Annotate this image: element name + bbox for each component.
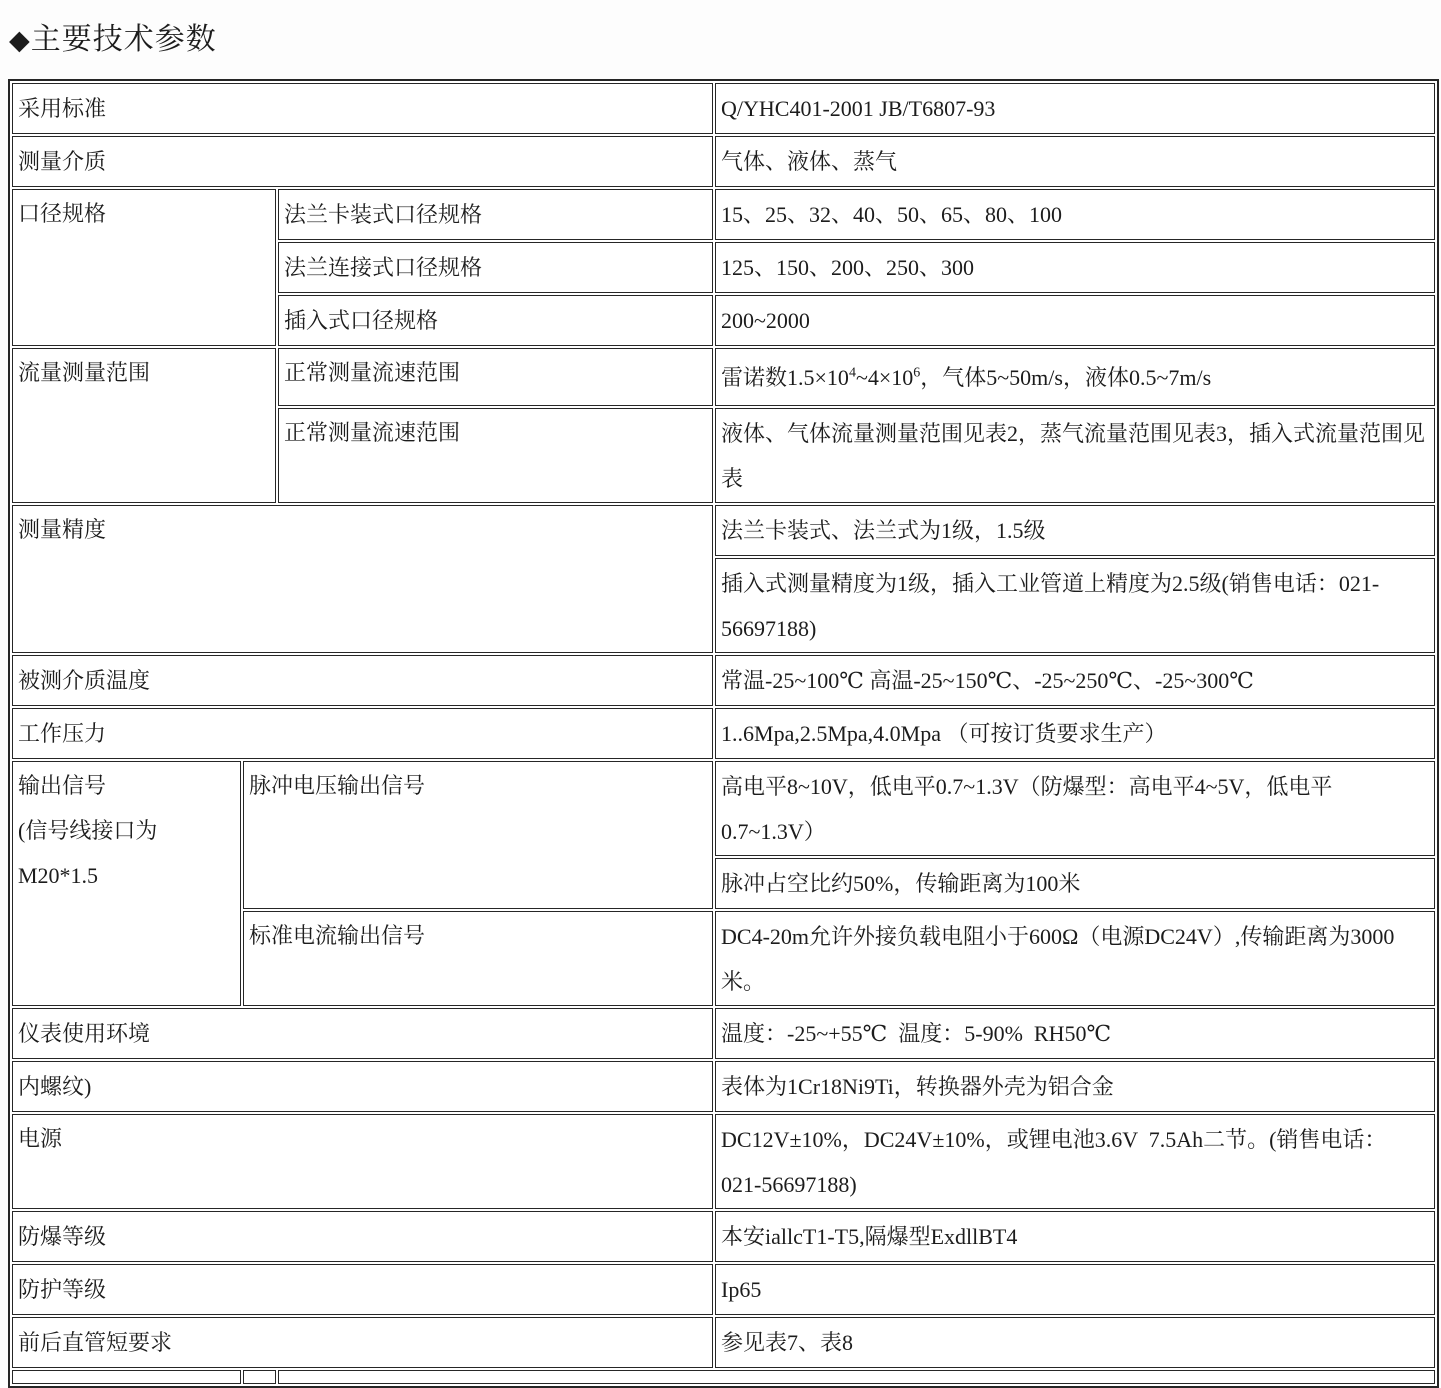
row-label-working-pressure: 工作压力 xyxy=(12,708,713,759)
table-row: 工作压力 1..6Mpa,2.5Mpa,4.0Mpa （可按订货要求生产） xyxy=(12,708,1435,759)
row-label-medium-temp: 被测介质温度 xyxy=(12,655,713,706)
row-value-pulse-output-1: 脉冲占空比约50%，传输距离为100米 xyxy=(715,858,1435,909)
row-value-standard: Q/YHC401-2001 JB/T6807-93 xyxy=(715,83,1435,134)
row-value-medium: 气体、液体、蒸气 xyxy=(715,136,1435,187)
row-label-environment: 仪表使用环境 xyxy=(12,1008,713,1059)
row-label-straight-pipe: 前后直管短要求 xyxy=(12,1317,713,1341)
row-value-pulse-output-0: 高电平8~10V，低电平0.7~1.3V（防爆型：高电平4~5V，低电平0.7~… xyxy=(715,761,1435,856)
row-value-explosion-proof: 本安iallcT1-T5,隔爆型ExdllBT4 xyxy=(715,1211,1435,1262)
row-label-protection: 防护等级 xyxy=(12,1264,713,1315)
row-value-accuracy-1: 插入式测量精度为1级，插入工业管道上精度为2.5级(销售电话：021-56697… xyxy=(715,558,1435,653)
value-text-part: 雷诺数1.5×10 xyxy=(721,365,849,390)
row-value-medium-temp: 常温-25~100℃ 高温-25~150℃、-25~250℃、-25~300℃ xyxy=(715,655,1435,706)
output-signal-label-line2: (信号线接口为 xyxy=(18,808,232,853)
row-label-flow-range: 流量测量范围 xyxy=(12,348,276,503)
row-label-power: 电源 xyxy=(12,1114,713,1209)
row-value-straight-pipe: 参见表7、表8 xyxy=(715,1317,1435,1341)
table-row: 测量介质 气体、液体、蒸气 xyxy=(12,136,1435,187)
sub-label-current-output: 标准电流输出信号 xyxy=(243,911,713,1006)
row-label-medium: 测量介质 xyxy=(12,136,713,187)
table-row: 仪表使用环境 温度：-25~+55℃ 温度：5-90% RH50℃ xyxy=(12,1008,1435,1059)
table-row: 采用标准 Q/YHC401-2001 JB/T6807-93 xyxy=(12,83,1435,134)
row-value-diameter-2: 200~2000 xyxy=(715,295,1435,346)
row-value-accuracy-0: 法兰卡装式、法兰式为1级，1.5级 xyxy=(715,505,1435,556)
row-label-diameter: 口径规格 xyxy=(12,189,276,346)
sub-label-diameter-0: 法兰卡装式口径规格 xyxy=(278,189,713,240)
row-value-diameter-0: 15、25、32、40、50、65、80、100 xyxy=(715,189,1435,240)
row-label-explosion-proof: 防爆等级 xyxy=(12,1211,713,1262)
row-value-protection: Ip65 xyxy=(715,1264,1435,1315)
row-value-thread: 表体为1Cr18Ni9Ti，转换器外壳为铝合金 xyxy=(715,1061,1435,1112)
row-value-environment: 温度：-25~+55℃ 温度：5-90% RH50℃ xyxy=(715,1008,1435,1059)
row-label-standard: 采用标准 xyxy=(12,83,713,134)
table-row: 防爆等级 本安iallcT1-T5,隔爆型ExdllBT4 xyxy=(12,1211,1435,1262)
table-row: 流量测量范围 正常测量流速范围 雷诺数1.5×104~4×106，气体5~50m… xyxy=(12,348,1435,406)
row-value-flow-range-0: 雷诺数1.5×104~4×106，气体5~50m/s，液体0.5~7m/s xyxy=(715,348,1435,406)
row-value-power: DC12V±10%，DC24V±10%，或锂电池3.6V 7.5Ah二节。(销售… xyxy=(715,1114,1435,1209)
table-row: 输出信号 (信号线接口为 M20*1.5 脉冲电压输出信号 高电平8~10V，低… xyxy=(12,761,1435,856)
row-label-accuracy: 测量精度 xyxy=(12,505,713,653)
sub-label-flow-range-1: 正常测量流速范围 xyxy=(278,408,713,503)
sub-label-diameter-1: 法兰连接式口径规格 xyxy=(278,242,713,293)
table-row: 前后直管短要求 参见表7、表8 xyxy=(12,1317,1435,1341)
table-row: 测量精度 法兰卡装式、法兰式为1级，1.5级 xyxy=(12,505,1435,556)
sub-label-diameter-2: 插入式口径规格 xyxy=(278,295,713,346)
output-signal-label-line1: 输出信号 xyxy=(18,763,232,808)
row-label-thread: 内螺纹) xyxy=(12,1061,713,1112)
row-value-current-output: DC4-20m允许外接负载电阻小于600Ω（电源DC24V）,传输距离为3000… xyxy=(715,911,1435,1006)
value-text-part: ~4×10 xyxy=(856,365,913,390)
output-signal-label-line3: M20*1.5 xyxy=(18,853,232,898)
row-label-output-signal: 输出信号 (信号线接口为 M20*1.5 xyxy=(12,761,241,1006)
row-value-working-pressure: 1..6Mpa,2.5Mpa,4.0Mpa （可按订货要求生产） xyxy=(715,708,1435,759)
table-row: 内螺纹) 表体为1Cr18Ni9Ti，转换器外壳为铝合金 xyxy=(12,1061,1435,1112)
spec-table: 采用标准 Q/YHC401-2001 JB/T6807-93 测量介质 气体、液… xyxy=(8,79,1439,1341)
table-row: 被测介质温度 常温-25~100℃ 高温-25~150℃、-25~250℃、-2… xyxy=(12,655,1435,706)
table-row: 口径规格 法兰卡装式口径规格 15、25、32、40、50、65、80、100 xyxy=(12,189,1435,240)
superscript-exponent: 4 xyxy=(849,365,856,380)
row-value-diameter-1: 125、150、200、250、300 xyxy=(715,242,1435,293)
page-title-text: 主要技术参数 xyxy=(31,23,217,56)
sub-label-pulse-output: 脉冲电压输出信号 xyxy=(243,761,713,909)
diamond-icon: ◆ xyxy=(9,25,31,55)
table-row: 防护等级 Ip65 xyxy=(12,1264,1435,1315)
sub-label-flow-range-0: 正常测量流速范围 xyxy=(278,348,713,406)
table-row: 电源 DC12V±10%，DC24V±10%，或锂电池3.6V 7.5Ah二节。… xyxy=(12,1114,1435,1209)
value-text-part: ，气体5~50m/s，液体0.5~7m/s xyxy=(920,365,1211,390)
row-value-flow-range-1: 液体、气体流量测量范围见表2，蒸气流量范围见表3，插入式流量范围见表 xyxy=(715,408,1435,503)
page-title: ◆主要技术参数 xyxy=(9,14,217,58)
